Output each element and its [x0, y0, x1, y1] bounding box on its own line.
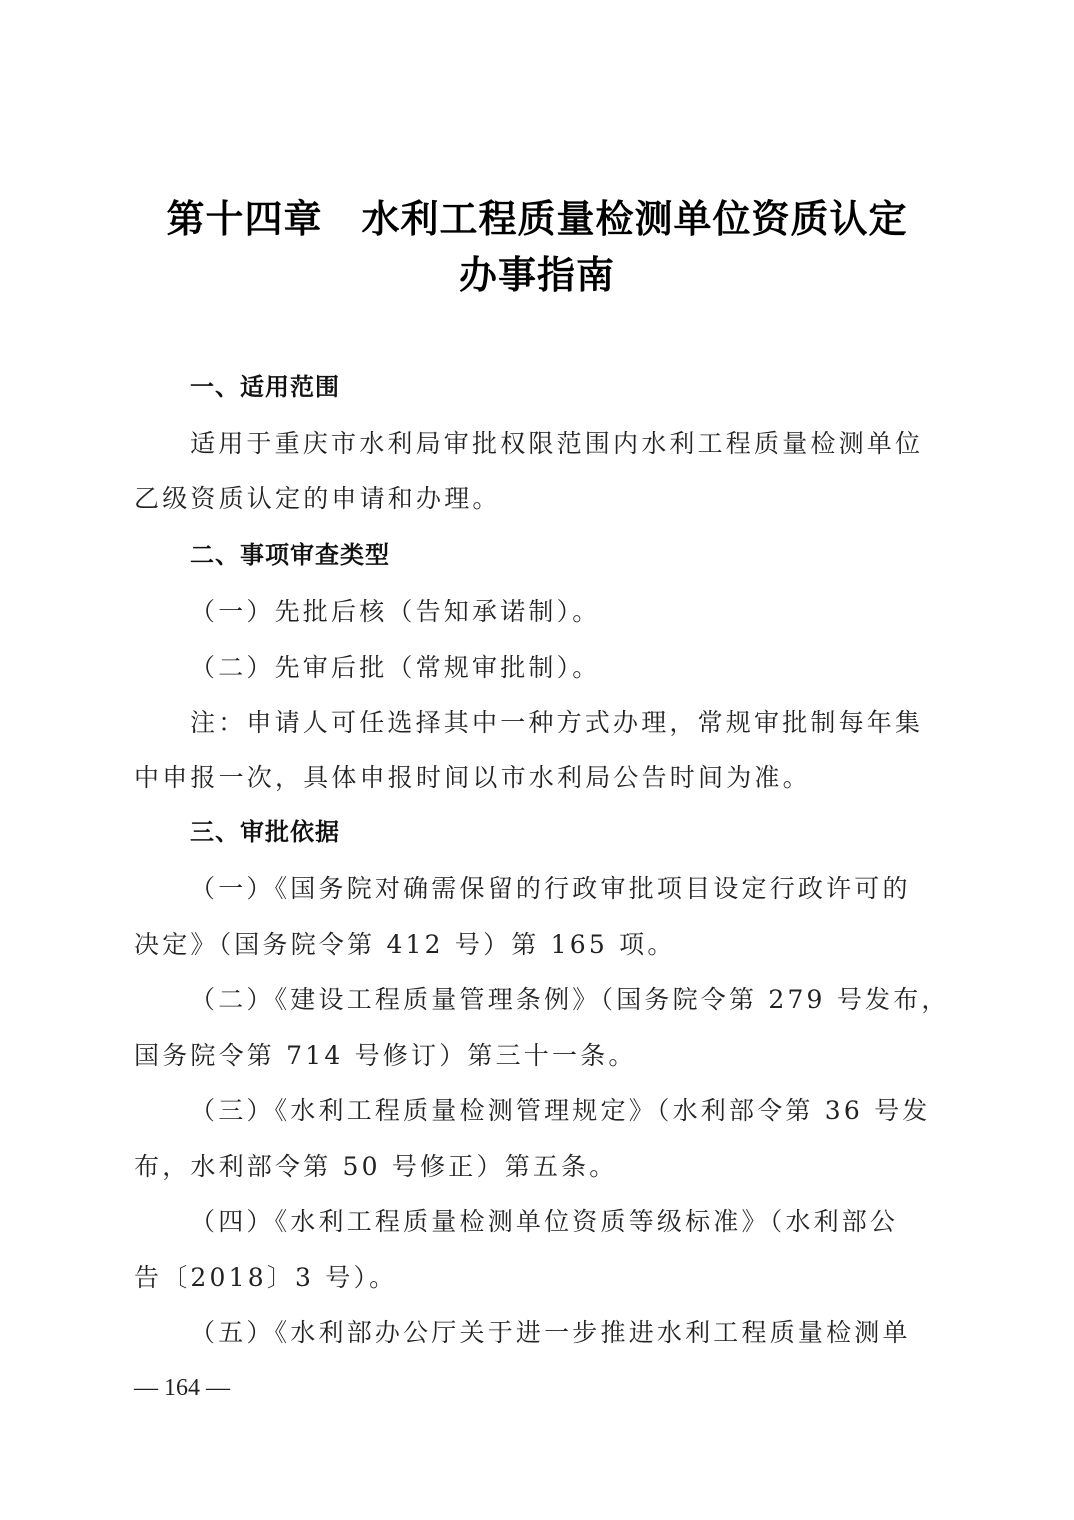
paragraph-line: 决定》（国务院令第 412 号）第 165 项。: [134, 925, 676, 961]
paragraph-line: （四）《水利工程质量检测单位资质等级标准》（水利部公: [190, 1202, 898, 1238]
paragraph-line: （一）《国务院对确需保留的行政审批项目设定行政许可的: [190, 869, 911, 905]
paragraph-line: 告〔2018〕3 号）。: [134, 1258, 397, 1294]
section-heading-basis: 三、审批依据: [190, 812, 340, 847]
paragraph-line: 布，水利部令第 50 号修正）第五条。: [134, 1147, 618, 1183]
paragraph-line: 国务院令第 714 号修订）第三十一条。: [134, 1036, 637, 1072]
paragraph-line: （一）先批后核（告知承诺制）。: [190, 592, 601, 628]
chapter-title-line2: 办事指南: [0, 244, 1074, 299]
paragraph-line: 中申报一次，具体申报时间以市水利局公告时间为准。: [134, 758, 811, 794]
paragraph-line: 注：申请人可任选择其中一种方式办理，常规审批制每年集: [190, 703, 923, 739]
paragraph-line: （二）《建设工程质量管理条例》（国务院令第 279 号发布，: [190, 980, 950, 1016]
paragraph-line: （二）先审后批（常规审批制）。: [190, 648, 601, 684]
paragraph-line: （五）《水利部办公厅关于进一步推进水利工程质量检测单: [190, 1313, 911, 1349]
paragraph-line: 适用于重庆市水利局审批权限范围内水利工程质量检测单位: [190, 424, 923, 460]
paragraph-line: （三）《水利工程质量检测管理规定》（水利部令第 36 号发: [190, 1091, 931, 1127]
section-heading-scope: 一、适用范围: [190, 367, 340, 402]
section-heading-review-type: 二、事项审查类型: [190, 535, 390, 570]
page-number: — 164 —: [134, 1375, 230, 1402]
paragraph-line: 乙级资质认定的申请和办理。: [134, 479, 501, 515]
chapter-title-line1: 第十四章 水利工程质量检测单位资质认定: [0, 188, 1074, 243]
